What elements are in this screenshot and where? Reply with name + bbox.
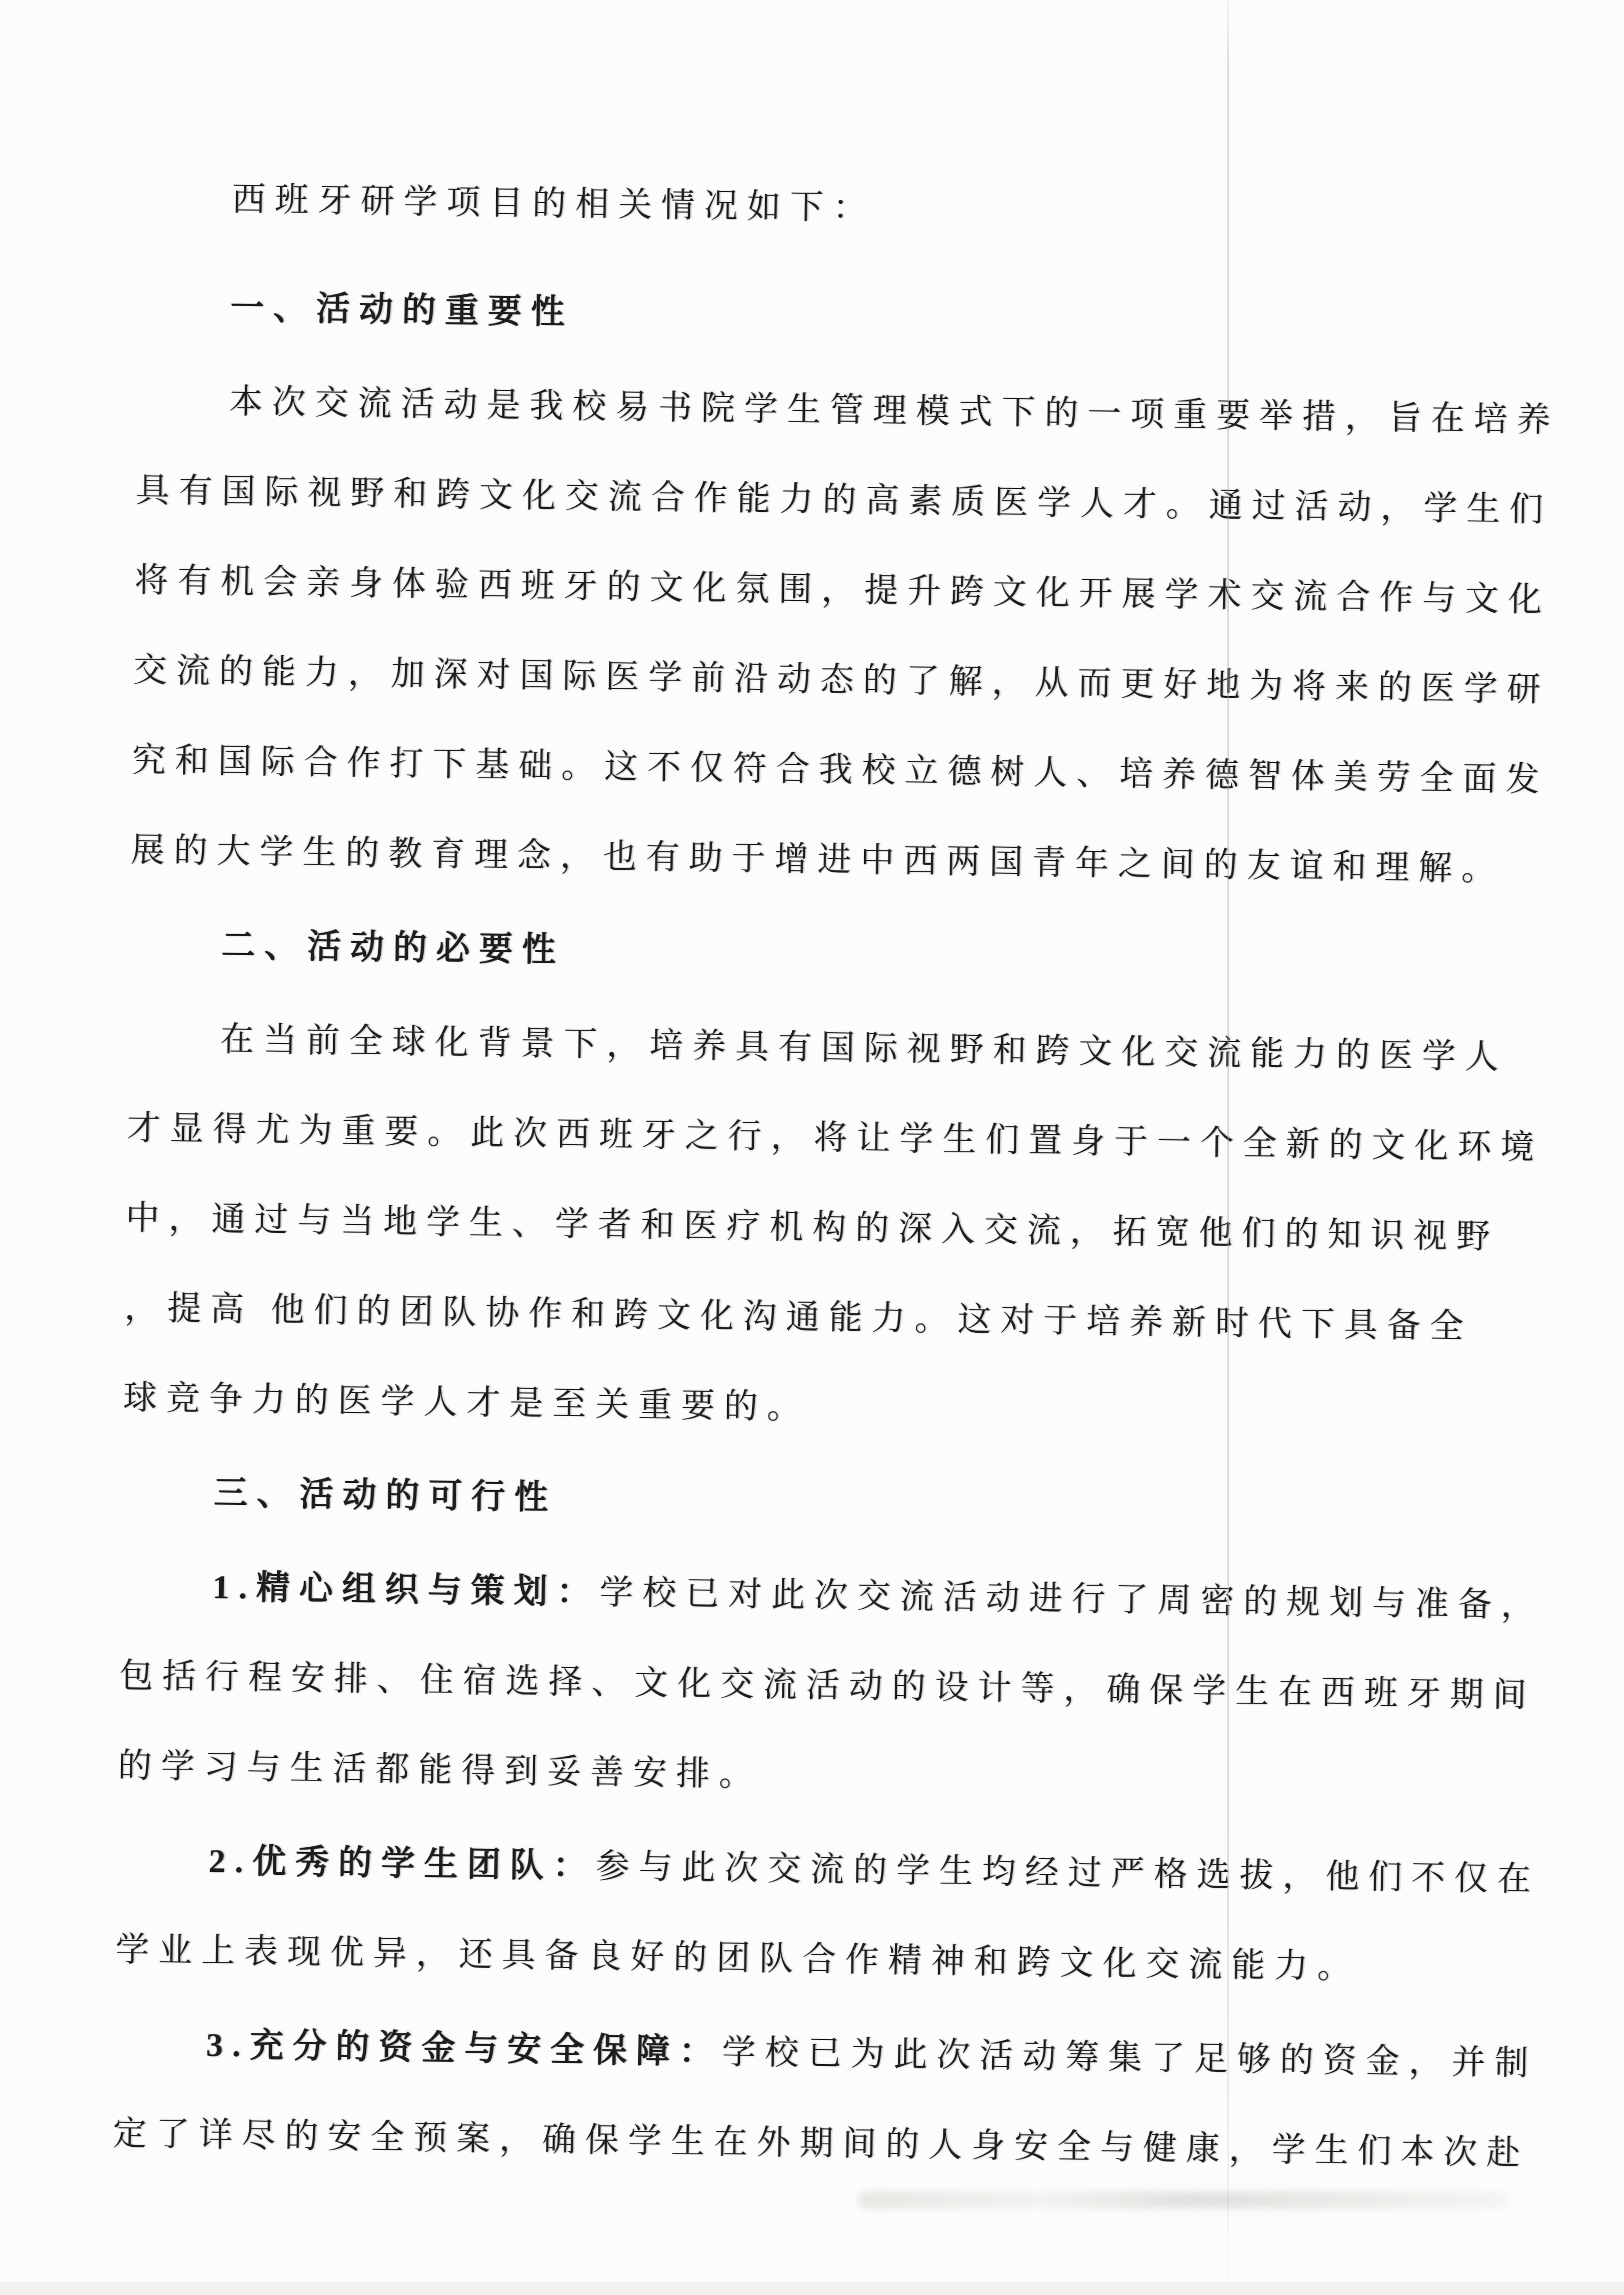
paragraph: 1.精心组织与策划：学校已对此次交流活动进行了周密的规划与准备，包括行程安排、住… (118, 1541, 1562, 1831)
text-run: 中，通过与当地学生、学者和医疗机构的深入交流，拓宽他们的知识视野 (125, 1199, 1499, 1256)
scanned-page: 西班牙研学项目的相关情况如下：一、活动的重要性本次交流活动是我校易书院学生管理模… (0, 0, 1624, 2295)
text-run: 在当前全球化背景下，培养具有国际视野和跨文化交流能力的医学人 (220, 1021, 1508, 1076)
scan-artifact-vertical-line (1227, 0, 1229, 2295)
scan-artifact-smudge (859, 2191, 1507, 2209)
paragraph: 在当前全球化背景下，培养具有国际视野和跨文化交流能力的医学人才显得尤为重要。此次… (123, 993, 1570, 1463)
text-run: 参与此次交流的学生均经过严格选拔，他们不仅在 (595, 1848, 1540, 1898)
text-run-bold-label: 3.充分的资金与安全保障： (206, 2026, 722, 2071)
text-run: 学校已为此次活动筹集了足够的资金，并制 (722, 2033, 1538, 2082)
text-line: 三、活动的可行性 (121, 1447, 1563, 1557)
text-run: 具有国际视野和跨文化交流合作能力的高素质医学人才。通过活动，学生们 (135, 472, 1552, 529)
text-run-bold-label: 1.精心组织与策划： (212, 1568, 599, 1611)
text-run: 学业上表现优异，还具备良好的团队合作精神和跨文化交流能力。 (115, 1931, 1360, 1986)
section-heading: 三、活动的可行性 (121, 1447, 1563, 1557)
document-content: 西班牙研学项目的相关情况如下：一、活动的重要性本次交流活动是我校易书院学生管理模… (112, 153, 1582, 2199)
paragraph: 3.充分的资金与安全保障：学校已为此次活动筹集了足够的资金，并制定了详尽的安全预… (112, 1999, 1556, 2199)
text-run: 西班牙研学项目的相关情况如下： (231, 181, 876, 227)
text-run: 才显得尤为重要。此次西班牙之行，将让学生们置身于一个全新的文化环境 (127, 1109, 1544, 1167)
text-line: 西班牙研学项目的相关情况如下： (140, 153, 1582, 263)
text-run: 定了详尽的安全预案，确保学生在外期间的人身安全与健康，学生们本次赴 (112, 2115, 1529, 2172)
paragraph: 西班牙研学项目的相关情况如下： (140, 153, 1582, 263)
section-heading: 一、活动的重要性 (138, 262, 1580, 372)
text-run: 究和国际合作打下基础。这不仅符合我校立德树人、培养德智体美劳全面发 (132, 741, 1549, 799)
text-run: 的学习与生活都能得到妥善安排。 (118, 1747, 762, 1794)
text-run: 包括行程安排、住宿选择、文化交流活动的设计等，确保学生在西班牙期间 (119, 1657, 1536, 1714)
text-run: 将有机会亲身体验西班牙的文化氛围，提升跨文化开展学术交流合作与文化 (134, 562, 1551, 619)
text-run-bold-label: 2.优秀的学生团队： (208, 1842, 596, 1885)
text-run: 展的大学生的教育理念，也有助于增进中西两国青年之间的友谊和理解。 (130, 831, 1504, 888)
scan-artifact-bottom-shade (0, 2282, 1624, 2295)
text-run: 交流的能力，加深对国际医学前沿动态的了解，从而更好地为将来的医学研 (133, 652, 1550, 709)
text-run: 球竞争力的医学人才是至关重要的。 (123, 1379, 810, 1426)
text-run: 三、活动的可行性 (214, 1474, 558, 1516)
text-run: 一、活动的重要性 (230, 289, 574, 331)
text-run: 学校已对此次交流活动进行了周密的规划与准备， (599, 1574, 1544, 1625)
text-line: 一、活动的重要性 (138, 262, 1580, 372)
text-run: ，提高 他们的团队协作和跨文化沟通能力。这对于培养新时代下具备全 (124, 1289, 1473, 1346)
text-run: 本次交流活动是我校易书院学生管理模式下的一项重要举措，旨在培养 (229, 383, 1560, 438)
text-run: 二、活动的必要性 (221, 926, 565, 968)
section-heading: 二、活动的必要性 (129, 899, 1571, 1009)
paragraph: 2.优秀的学生团队：参与此次交流的学生均经过严格选拔，他们不仅在学业上表现优异，… (115, 1815, 1559, 2015)
paragraph: 本次交流活动是我校易书院学生管理模式下的一项重要举措，旨在培养具有国际视野和跨文… (130, 356, 1579, 915)
text-line: 二、活动的必要性 (129, 899, 1571, 1009)
